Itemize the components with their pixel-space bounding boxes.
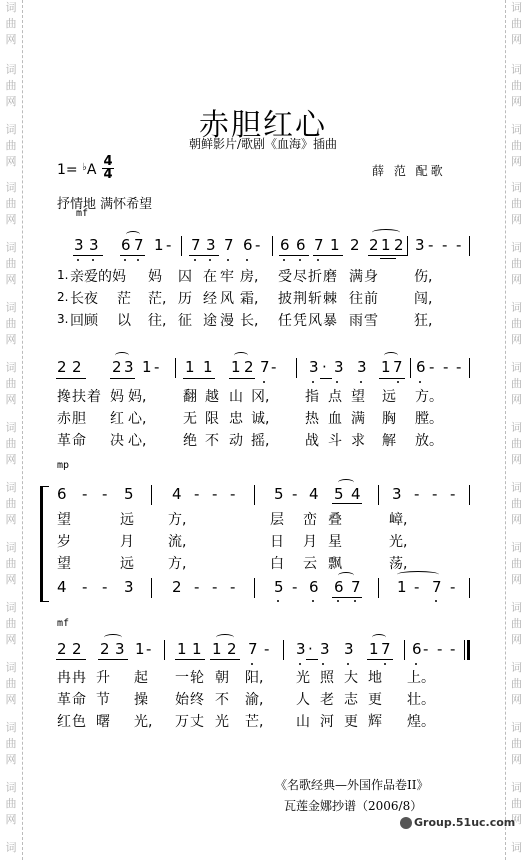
lyric: 更: [368, 689, 382, 709]
lyric: 霜,: [240, 288, 258, 308]
watermark-char: 曲: [0, 436, 22, 452]
barline: [404, 640, 405, 660]
lyric: 房,: [240, 266, 258, 286]
lyric: 冉: [57, 667, 71, 687]
lyric: 老: [320, 689, 334, 709]
final-barline-thick: [467, 640, 470, 660]
lyric: 动: [229, 430, 243, 450]
note: 1: [397, 578, 407, 596]
lyric: 顾: [84, 310, 98, 330]
beam-underline: [210, 659, 240, 660]
lyric: 革: [57, 430, 71, 450]
watermark-char: 曲: [0, 616, 22, 632]
expression-marking: 抒情地 满怀希望: [57, 193, 152, 212]
lyric: 望: [351, 386, 365, 406]
lyric: 尽: [293, 266, 307, 286]
note: 2: [350, 236, 360, 254]
lyric: 冈,: [251, 386, 269, 406]
lyric: 膛。: [415, 408, 443, 428]
low-octave-dot: [77, 259, 79, 261]
watermark-group: 词曲网: [506, 720, 526, 768]
beam-underline: [56, 378, 86, 379]
lyric: 夜: [84, 288, 98, 308]
note: -: [414, 485, 419, 503]
beam-underline: [332, 503, 362, 504]
lyric: 满: [351, 408, 365, 428]
note: 3: [124, 358, 134, 376]
lyric: 赤: [57, 408, 71, 428]
barline: [407, 236, 408, 256]
watermark-char: 网: [506, 272, 526, 288]
lyric: 茫,: [148, 288, 166, 308]
beam-underline: [279, 255, 309, 256]
barline: [469, 578, 470, 598]
beam-underline: [320, 378, 332, 379]
note: -: [194, 578, 199, 596]
note: -: [292, 485, 297, 503]
lyric: 方,: [168, 509, 186, 529]
note: 7: [314, 236, 324, 254]
lyric: 长,: [240, 310, 258, 330]
watermark-char: 词: [0, 600, 22, 616]
note: 2: [112, 358, 122, 376]
note: 6: [412, 640, 422, 658]
low-octave-dot: [435, 600, 437, 602]
note: 3: [392, 485, 402, 503]
lyric: 大: [344, 667, 358, 687]
watermark-char: 网: [0, 752, 22, 768]
lyric: 层: [270, 509, 284, 529]
note: 7: [191, 236, 201, 254]
watermark-char: 网: [0, 632, 22, 648]
lyric: 搀: [57, 386, 71, 406]
note: -: [102, 485, 107, 503]
lyric: 心,: [128, 430, 146, 450]
note: 1: [231, 358, 241, 376]
lyric: 亲: [70, 266, 84, 286]
lyric: 斗: [328, 430, 342, 450]
note: 7: [224, 236, 234, 254]
lyric: 飘: [328, 553, 342, 573]
lyric: 风: [220, 288, 234, 308]
lyric: 山: [229, 386, 243, 406]
lyric: 命: [72, 430, 86, 450]
note: -: [82, 578, 87, 596]
lyric: 扶: [72, 386, 86, 406]
lyric: 雨: [349, 310, 363, 330]
lyric: 历: [178, 288, 192, 308]
lyric: 棘: [323, 288, 337, 308]
lyric: 无: [183, 408, 197, 428]
lyric: 斩: [308, 288, 322, 308]
lyric: 往,: [148, 310, 166, 330]
low-octave-dot: [317, 259, 319, 261]
site-url: Group.51uc.com: [414, 816, 515, 829]
low-octave-dot: [263, 381, 265, 383]
watermark-char: 网: [0, 572, 22, 588]
note: 5: [124, 485, 134, 503]
lyric: 在: [203, 266, 217, 286]
note: 7: [393, 358, 403, 376]
lyric: 终: [190, 689, 204, 709]
watermark-group: 词曲网: [0, 600, 22, 648]
lyric: 光: [296, 667, 310, 687]
lyric: 日: [270, 531, 284, 551]
barline: [283, 640, 284, 660]
note: 7: [260, 358, 270, 376]
watermark-group: 词: [0, 840, 22, 856]
verse-number: 2.: [57, 290, 68, 304]
watermark-char: 词: [0, 780, 22, 796]
note: -: [212, 485, 217, 503]
slur: [104, 634, 122, 641]
note: 1: [192, 640, 202, 658]
lyric: 远: [382, 386, 396, 406]
beam-underline: [110, 378, 135, 379]
lyric: 革: [57, 689, 71, 709]
watermark-char: 网: [506, 332, 526, 348]
note: -: [450, 485, 455, 503]
note: -: [146, 640, 151, 658]
watermark-char: 网: [506, 392, 526, 408]
lyric: 爱: [84, 266, 98, 286]
lyric: 伤,: [414, 266, 432, 286]
lyric: 诚,: [251, 408, 269, 428]
barline: [469, 485, 470, 505]
lyric: 起: [134, 667, 148, 687]
low-octave-dot: [299, 663, 301, 665]
lyric: 光: [215, 711, 229, 731]
note: 3: [124, 578, 134, 596]
note: 7: [432, 578, 442, 596]
note: 2: [244, 358, 254, 376]
watermark-char: 词: [506, 540, 526, 556]
note: 2: [72, 358, 82, 376]
lyric: 渝,: [245, 689, 263, 709]
watermark-char: 曲: [506, 676, 526, 692]
lyric: 牢: [220, 266, 234, 286]
note: -: [429, 358, 434, 376]
lyric: 荆: [293, 288, 307, 308]
watermark-char: 词: [0, 360, 22, 376]
lyric: 雪: [364, 310, 378, 330]
watermark-char: 网: [506, 154, 526, 170]
note: -: [230, 578, 235, 596]
lyric: 途: [203, 310, 217, 330]
beam-underline: [367, 659, 393, 660]
note: -: [442, 236, 447, 254]
slur: [372, 229, 400, 236]
note: 3: [115, 640, 125, 658]
lyric: 月: [303, 531, 317, 551]
note: 6: [309, 578, 319, 596]
note: 7: [351, 578, 361, 596]
watermark-char: 词: [0, 300, 22, 316]
note: -: [102, 578, 107, 596]
lyric: 胆: [72, 408, 86, 428]
lyric: 经: [203, 288, 217, 308]
watermark-char: 网: [506, 692, 526, 708]
lyric: 一: [175, 667, 189, 687]
watermark-char: 曲: [0, 316, 22, 332]
watermark-char: 词: [0, 480, 22, 496]
lyric: 前: [364, 288, 378, 308]
note: ·: [308, 640, 313, 658]
barline: [410, 358, 411, 378]
lyric: 摇,: [251, 430, 269, 450]
watermark-char: 网: [0, 32, 22, 48]
watermark-group: 词曲网: [0, 720, 22, 768]
watermark-char: 词: [506, 840, 526, 856]
lyric: 妈: [112, 266, 126, 286]
barline: [296, 358, 297, 378]
watermark-char: 网: [0, 154, 22, 170]
transcriber-credit: 瓦莲金娜抄谱（2006/8）: [284, 797, 422, 814]
note: 1: [369, 640, 379, 658]
note: -: [292, 578, 297, 596]
note: 1: [142, 358, 152, 376]
note: 1: [154, 236, 164, 254]
beam-underline: [98, 659, 128, 660]
low-octave-dot: [277, 600, 279, 602]
watermark-char: 词: [0, 660, 22, 676]
lyric: 热: [305, 408, 319, 428]
note: 6: [57, 485, 67, 503]
lyric: 辉: [368, 711, 382, 731]
watermark-char: 曲: [506, 196, 526, 212]
note: -: [154, 358, 159, 376]
note: 1: [135, 640, 145, 658]
lyric: 冉: [72, 667, 86, 687]
low-octave-dot: [397, 381, 399, 383]
note: -: [194, 485, 199, 503]
note: 5: [274, 578, 284, 596]
note: 3: [357, 358, 367, 376]
watermark-group: 词曲网: [506, 600, 526, 648]
watermark-char: 词: [506, 62, 526, 78]
low-octave-dot: [312, 381, 314, 383]
lyric: 流,: [168, 531, 186, 551]
slur: [338, 479, 354, 486]
slur: [338, 572, 354, 579]
note: 1: [177, 640, 187, 658]
site-watermark: Group.51uc.com: [400, 816, 515, 829]
watermark-group: 词曲网: [506, 540, 526, 588]
barline: [151, 485, 152, 505]
lyric: 忠: [229, 408, 243, 428]
beam-underline: [183, 378, 215, 379]
lyric: 荡,: [389, 553, 407, 573]
watermark-char: 词: [0, 0, 22, 16]
watermark-char: 网: [506, 512, 526, 528]
watermark-char: 曲: [506, 496, 526, 512]
lyric: 囚: [178, 266, 192, 286]
barline: [181, 236, 182, 256]
watermark-group: 词曲网: [506, 0, 526, 48]
lyric: 红: [110, 408, 124, 428]
watermark-char: 词: [506, 420, 526, 436]
watermark-char: 曲: [506, 316, 526, 332]
lyric: 长: [70, 288, 84, 308]
note: -: [450, 640, 455, 658]
low-octave-dot: [194, 259, 196, 261]
lyric: 煌。: [407, 711, 435, 731]
lyric: 不: [205, 430, 219, 450]
key-signature: 1= ♭A: [57, 162, 96, 178]
lyric: 红: [57, 711, 71, 731]
watermark-char: 网: [506, 572, 526, 588]
low-octave-dot: [360, 381, 362, 383]
lyric: 闯,: [414, 288, 432, 308]
note: 4: [309, 485, 319, 503]
watermark-char: 词: [506, 480, 526, 496]
note: 1: [381, 358, 391, 376]
watermark-char: 曲: [0, 376, 22, 392]
watermark-char: 曲: [506, 796, 526, 812]
note: 2: [394, 236, 404, 254]
lyric: 命: [72, 689, 86, 709]
watermark-char: 曲: [0, 78, 22, 94]
note: 3: [74, 236, 84, 254]
lyric: 嶂,: [389, 509, 407, 529]
beam-underline: [379, 378, 405, 379]
note: 3: [415, 236, 425, 254]
lyric: 峦: [303, 509, 317, 529]
watermark-group: 词曲网: [506, 420, 526, 468]
watermark-char: 曲: [0, 256, 22, 272]
low-octave-dot: [384, 663, 386, 665]
watermark-char: 词: [506, 360, 526, 376]
lyric: 茫: [117, 288, 131, 308]
watermark-char: 词: [0, 720, 22, 736]
watermark-group: 词曲网: [0, 780, 22, 828]
note: 6: [296, 236, 306, 254]
lyric: 狂,: [414, 310, 432, 330]
watermark-char: 词: [0, 420, 22, 436]
watermark-char: 曲: [506, 256, 526, 272]
key-note: A: [87, 162, 97, 178]
note: -: [423, 640, 428, 658]
beam-underline: [306, 659, 318, 660]
note: -: [230, 485, 235, 503]
watermark-group: 词曲网: [0, 540, 22, 588]
watermark-group: 词曲网: [0, 240, 22, 288]
watermark-group: 词曲网: [0, 420, 22, 468]
low-octave-dot: [337, 600, 339, 602]
watermark-char: 曲: [506, 16, 526, 32]
watermark-char: 网: [506, 752, 526, 768]
watermark-char: 曲: [506, 736, 526, 752]
note: 2: [227, 640, 237, 658]
song-subtitle: 朝鲜影片/歌剧《血海》插曲: [0, 135, 526, 152]
watermark-char: 网: [0, 272, 22, 288]
low-octave-dot: [347, 663, 349, 665]
watermark-char: 词: [0, 540, 22, 556]
time-bottom: 4: [102, 169, 114, 181]
note: 3: [296, 640, 306, 658]
note: -: [255, 236, 260, 254]
watermark-char: 曲: [506, 616, 526, 632]
low-octave-dot: [419, 381, 421, 383]
note: 1: [212, 640, 222, 658]
low-octave-dot: [246, 259, 248, 261]
low-octave-dot: [415, 663, 417, 665]
watermark-char: 词: [506, 780, 526, 796]
lyric: 越: [205, 386, 219, 406]
watermark-group: 词曲网: [0, 660, 22, 708]
key-prefix: 1=: [57, 162, 78, 178]
lyric: 限: [205, 408, 219, 428]
lyric: 月: [120, 531, 134, 551]
note: 7: [134, 236, 144, 254]
watermark-char: 词: [506, 180, 526, 196]
lyric: 轮: [190, 667, 204, 687]
time-signature: 44: [102, 156, 114, 181]
note: -: [432, 485, 437, 503]
lyric: 风: [308, 310, 322, 330]
note: 3: [89, 236, 99, 254]
lyric: 凭: [293, 310, 307, 330]
lyric: 妈: [110, 386, 124, 406]
watermark-char: 词: [0, 840, 22, 856]
note: 3: [206, 236, 216, 254]
lyric: 山: [296, 711, 310, 731]
barline: [254, 578, 255, 598]
watermark-char: 曲: [0, 736, 22, 752]
slur: [115, 352, 129, 359]
note: 3: [334, 358, 344, 376]
watermark-char: 词: [0, 180, 22, 196]
lyric: 以: [117, 310, 131, 330]
lyric: 解: [382, 430, 396, 450]
watermark-char: 网: [506, 452, 526, 468]
lyric: 胸: [382, 408, 396, 428]
note: 5: [334, 485, 344, 503]
beam-underline: [73, 255, 103, 256]
lyric: 放。: [415, 430, 443, 450]
beam-underline: [332, 597, 362, 598]
beam-underline: [189, 255, 219, 256]
note: 3: [344, 640, 354, 658]
note: -: [82, 485, 87, 503]
note: 1: [330, 236, 340, 254]
note: -: [264, 640, 269, 658]
lyric: 折: [308, 266, 322, 286]
lyric: 始: [175, 689, 189, 709]
lyric: 叠: [328, 509, 342, 529]
lyric: 的: [98, 266, 112, 286]
watermark-char: 曲: [506, 376, 526, 392]
barline: [378, 485, 379, 505]
watermark-char: 词: [506, 300, 526, 316]
source-book: 《名歌经典—外国作品卷II》: [275, 776, 428, 793]
watermark-char: 词: [506, 660, 526, 676]
verse-number: 1.: [57, 268, 68, 282]
watermark-group: 词曲网: [0, 0, 22, 48]
beam-underline: [175, 659, 205, 660]
low-octave-dot: [312, 600, 314, 602]
note: 2: [57, 358, 67, 376]
note: 2: [172, 578, 182, 596]
beam-underline: [120, 255, 145, 256]
lyric: 曙: [96, 711, 110, 731]
low-octave-dot: [322, 663, 324, 665]
watermark-char: 词: [506, 240, 526, 256]
note: 5: [274, 485, 284, 503]
lyric: 节: [96, 689, 110, 709]
lyric: 志: [344, 689, 358, 709]
watermark-char: 词: [506, 0, 526, 16]
